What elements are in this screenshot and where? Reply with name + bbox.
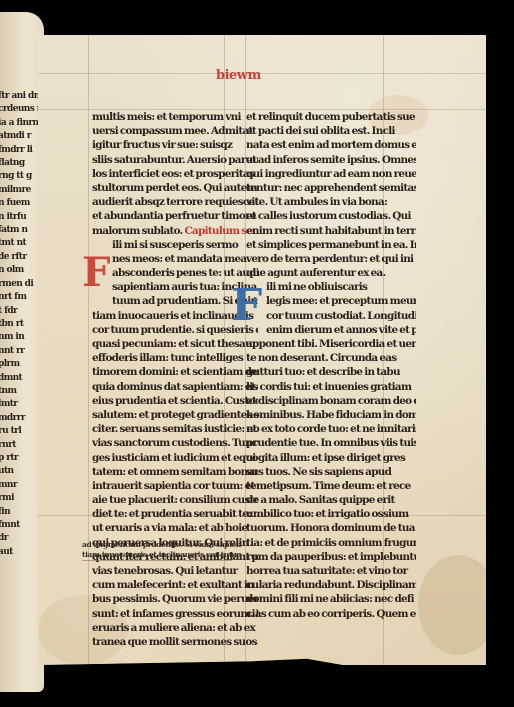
text-line: tbn rt: [0, 318, 42, 331]
text-line: gutturi tuo: et describe in tabu: [246, 365, 416, 379]
text-line: umbilico tuo: et irrigatio ossium: [246, 507, 416, 521]
text-line: vias sanctorum custodiens. Tunc intelli: [92, 436, 258, 450]
text-line: lmtr: [0, 398, 42, 411]
text-line: los interficiet eos: et prosperitas: [92, 167, 258, 181]
text-line: ili mi ne obliuiscaris: [246, 280, 416, 294]
text-line: enim recti sunt habitabunt in terra:: [246, 224, 416, 238]
text-line: fin: [0, 506, 42, 519]
text-line: uersi compassum mee. Admitat: [92, 124, 258, 138]
text-line: que agunt auferentur ex ea.: [246, 266, 416, 280]
text-line: flatng: [0, 157, 42, 170]
text-line: aie tue placuerit: consilium custo: [92, 493, 258, 507]
note-rule: [82, 560, 232, 561]
text-line: rmen di: [0, 278, 42, 291]
text-line: ut eruaris a via mala: et ab hoie: [92, 521, 258, 535]
text-line: sliis saturabuntur. Auersio paruu: [92, 153, 258, 167]
text-line: cogita illum: et ipse diriget gres: [246, 451, 416, 465]
text-line: cias cum ab eo corriperis. Quem enim: [246, 607, 416, 621]
text-line: t fdr: [0, 305, 42, 318]
text-column-right: et relinquit ducem pubertatis sueet pact…: [246, 110, 416, 621]
text-line: plrm: [0, 358, 42, 371]
text-line: et pacti dei sui oblita est. Incli: [246, 124, 416, 138]
text-line: de a malo. Sanitas quippe erit: [246, 493, 416, 507]
text-line: hominibus. Habe fiduciam in domi: [246, 408, 416, 422]
text-line: citer. seruans semitas iusticie: et: [92, 422, 258, 436]
text-line: rum da pauperibus: et implebuntur: [246, 550, 416, 564]
text-line: n olm: [0, 264, 42, 277]
text-line: prudentie tue. In omnibus viis tuis: [246, 436, 416, 450]
text-line: tia: et de primiciis omnium frugum tua: [246, 536, 416, 550]
text-line: legis mee: et preceptum meum: [246, 294, 416, 308]
decorated-initial-blue: F: [231, 285, 265, 327]
text-line: de rftr: [0, 251, 42, 264]
text-line: fatm n: [0, 224, 42, 237]
text-line: dr: [0, 532, 42, 545]
text-line: apponent tibi. Misericordia et ueritas: [246, 337, 416, 351]
text-line: et relinquit ducem pubertatis sue: [246, 110, 416, 124]
text-line: nrt fm: [0, 291, 42, 304]
text-line: multis meis: et temporum vni: [92, 110, 258, 124]
text-line: mdrrr: [0, 412, 42, 425]
text-line: ges iusticiam et iudicium et equi: [92, 451, 258, 465]
text-line: n itrfu: [0, 211, 42, 224]
text-line: eius prudentia et scientia. Custodiet re…: [92, 394, 258, 408]
text-line: eruaris a muliere aliena: et ab ex: [92, 621, 258, 635]
facing-page-left: ftr ani dmcrdeuns rtia a finrnatmdi rfmd…: [0, 12, 44, 692]
text-line: qui ingrediuntur ad eam non reuer: [246, 167, 416, 181]
text-line: rng tt g: [0, 170, 42, 183]
text-line: malorum sublato. Capitulum secundum: [92, 224, 258, 238]
text-line: vero de terra perdentur: et qui ini: [246, 252, 416, 266]
text-line: mnr: [0, 479, 42, 492]
text-line: rnrt: [0, 439, 42, 452]
text-line: audierit absqz terrore requiescet:: [92, 195, 258, 209]
text-line: cularia redundabunt. Disciplinam: [246, 578, 416, 592]
text-line: tnm: [0, 385, 42, 398]
text-line: crdeuns rt: [0, 103, 42, 116]
text-line: n fuem: [0, 197, 42, 210]
text-line: tmt nt: [0, 237, 42, 250]
decorated-initial-red: F: [82, 253, 108, 293]
text-line: stultorum perdet eos. Qui autem: [92, 181, 258, 195]
stain: [418, 555, 498, 655]
text-line: atmdi r: [0, 130, 42, 143]
text-line: cum malefecerint: et exultant in re: [92, 578, 258, 592]
text-line: ili mi si susceperis sermo: [92, 238, 258, 252]
text-line: no ex toto corde tuo: et ne innitaris: [246, 422, 416, 436]
manuscript-leaf: biewm multis meis: et temporum vniuersi …: [38, 35, 486, 665]
text-line: ad augmentum prudentie. Si enim sapien: [82, 540, 262, 550]
text-line: fmdrr li: [0, 144, 42, 157]
marginal-note: ad augmentum prudentie. Si enim sapienti…: [82, 540, 262, 560]
text-line: quia dominus dat sapientiam: et ex ore: [92, 380, 258, 394]
text-line: effoderis illam: tunc intelliges: [92, 351, 258, 365]
ruling-line: [38, 73, 486, 74]
text-line: ftr ani dm: [0, 90, 42, 103]
text-line: domini fili mi ne abiicias: nec defi: [246, 592, 416, 606]
text-line: nes meos: et mandata mea: [92, 252, 258, 266]
text-line: tranea que mollit sermones suos.: [92, 635, 258, 649]
running-head: biewm: [216, 68, 261, 83]
ruling-line: [88, 35, 89, 665]
text-line: tiam inuocaueris et inclinaueris cor tuu…: [82, 550, 262, 560]
text-line: quasi pecuniam: et sicut thesauros: [92, 337, 258, 351]
text-line: absconderis penes te: ut audiat: [92, 266, 258, 280]
text-line: nata est enim ad mortem domus eius:: [246, 138, 416, 152]
text-line: ru trl: [0, 425, 42, 438]
text-line: temetipsum. Time deum: et rece: [246, 479, 416, 493]
text-column-left: multis meis: et temporum vniuersi compas…: [92, 110, 258, 649]
text-line: sunt: et infames gressus eorum. Ut: [92, 607, 258, 621]
text-line: vite. Ut ambules in via bona:: [246, 195, 416, 209]
text-line: tuorum. Honora dominum de tua substan: [246, 521, 416, 535]
text-line: et ad inferos semite ipsius. Omnes: [246, 153, 416, 167]
text-line: rmi: [0, 492, 42, 505]
text-line: et abundantia perfruetur timore: [92, 209, 258, 223]
text-line: te non deserant. Circunda eas: [246, 351, 416, 365]
text-line: tentur: nec apprehendent semitas: [246, 181, 416, 195]
text-line: igitur fructus vir sue: suisqz: [92, 138, 258, 152]
text-line: enim dierum et annos vite et pacem: [246, 323, 416, 337]
text-line: intrauerit sapientia cor tuum: et scient…: [92, 479, 258, 493]
text-line: fmnt: [0, 519, 42, 532]
text-line: timorem domini: et scientiam dei inuenie…: [92, 365, 258, 379]
text-line: milmre: [0, 184, 42, 197]
text-line: et simplices permanebunt in ea. Impii: [246, 238, 416, 252]
text-line: et disciplinam bonam coram deo et: [246, 394, 416, 408]
text-line: cor tuum custodiat. Longitudinem: [246, 309, 416, 323]
text-line: sus tuos. Ne sis sapiens apud: [246, 465, 416, 479]
text-line: tatem: et omnem semitam bonam. Si: [92, 465, 258, 479]
text-line: salutem: et proteget gradientes simpli: [92, 408, 258, 422]
text-line: vias tenebrosas. Qui letantur: [92, 564, 258, 578]
text-line: lis cordis tui: et inuenies gratiam: [246, 380, 416, 394]
text-line: nnt rr: [0, 345, 42, 358]
text-line: ia a finrn: [0, 117, 42, 130]
text-line: dmnt: [0, 372, 42, 385]
text-line: aut: [0, 546, 42, 559]
text-line: p rtr: [0, 452, 42, 465]
text-line: nm in: [0, 331, 42, 344]
text-line: utn: [0, 465, 42, 478]
facing-page-text: ftr ani dmcrdeuns rtia a finrnatmdi rfmd…: [0, 90, 42, 559]
text-line: diet te: et prudentia seruabit te:: [92, 507, 258, 521]
text-line: horrea tua saturitate: et vino tor: [246, 564, 416, 578]
text-line: et calles iustorum custodias. Qui: [246, 209, 416, 223]
text-line: bus pessimis. Quorum vie peruerse: [92, 592, 258, 606]
